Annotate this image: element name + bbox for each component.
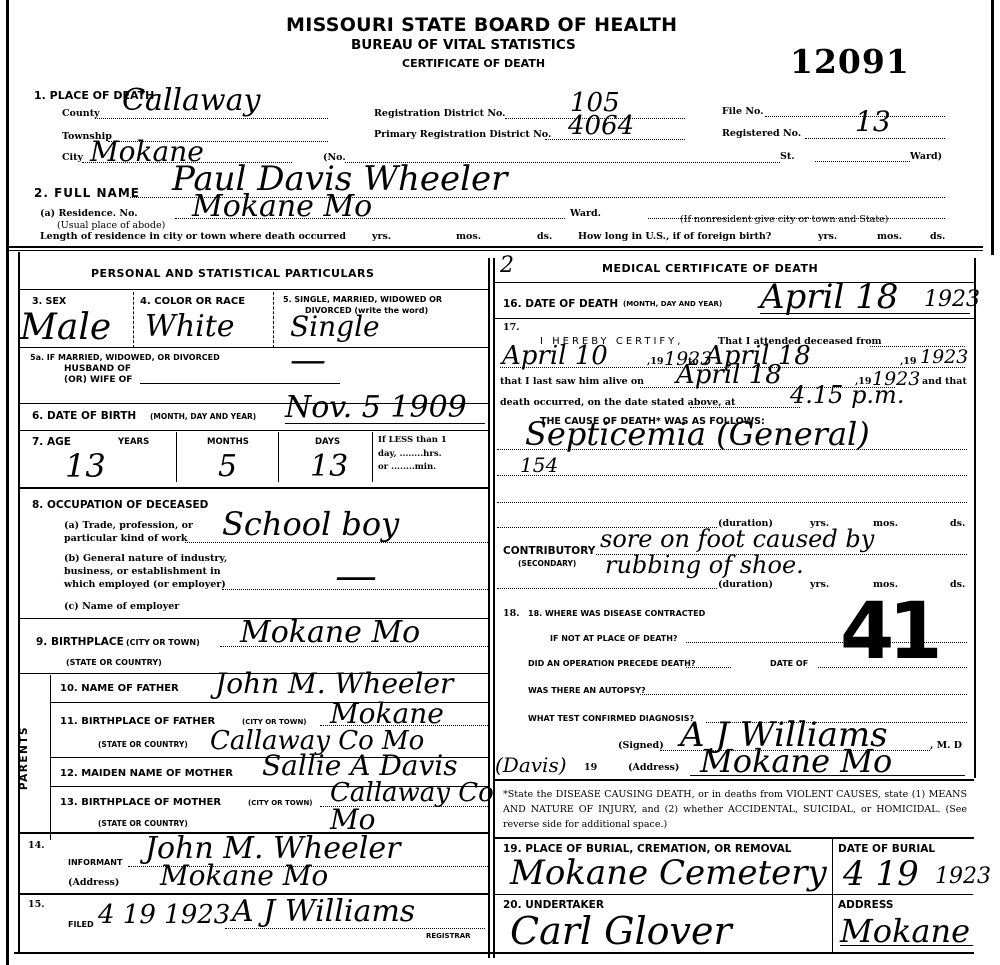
header-divider-2 — [8, 250, 983, 251]
date-of-death-label: 16. DATE OF DEATH — [503, 298, 618, 310]
filed-label: FILED — [68, 920, 94, 929]
full-name-label: 2. FULL NAME — [34, 186, 140, 200]
less-than-label-2: day, ........hrs. — [378, 449, 442, 459]
years-label: YEARS — [118, 437, 149, 447]
center-divider-right — [493, 258, 495, 958]
file-no-label: File No. — [722, 106, 763, 117]
row-6-divider — [18, 430, 488, 431]
residence-label: (a) Residence. No. — [40, 208, 138, 219]
operation-date-label: DATE OF — [770, 659, 808, 668]
undertaker-address-label: ADDRESS — [838, 899, 893, 911]
outer-right-border — [991, 0, 994, 255]
dob-sublabel: (MONTH, DAY AND YEAR) — [150, 412, 256, 421]
personal-title-divider — [18, 289, 488, 290]
birthplace-state-label: (STATE OR COUNTRY) — [66, 658, 162, 667]
less-than-label-1: If LESS than 1 — [378, 435, 447, 445]
dob-value: Nov. 5 1909 — [285, 393, 467, 423]
signed-label: (Signed) — [618, 740, 664, 751]
burial-date-divider — [832, 838, 833, 952]
form-name: CERTIFICATE OF DEATH — [402, 57, 545, 70]
and-that-text: and that — [922, 376, 967, 387]
burial-date-value: 4 19 — [843, 857, 919, 891]
primary-registration-label: Primary Registration District No. — [374, 129, 551, 140]
race-value: White — [145, 312, 235, 342]
county-line — [95, 118, 328, 119]
months-label: MONTHS — [207, 437, 249, 447]
occupation-a-label-2: particular kind of work — [64, 533, 187, 544]
autopsy-label: WAS THERE AN AUTOPSY? — [528, 686, 646, 695]
contracted-number: 18. — [503, 608, 520, 619]
occupation-c-label: (c) Name of employer — [64, 601, 179, 612]
st-label: St. — [780, 151, 795, 162]
age-divider-3 — [372, 432, 373, 482]
autopsy-line — [640, 694, 967, 695]
foreign-yrs-label: yrs. — [818, 231, 837, 242]
contributory-label: CONTRIBUTORY — [503, 545, 595, 557]
mother-birthplace-label: 13. BIRTHPLACE OF MOTHER — [60, 797, 221, 808]
father-state-label: (STATE OR COUNTRY) — [98, 740, 188, 749]
duration-yrs-2: yrs. — [810, 579, 829, 590]
medical-title-divider — [495, 282, 974, 283]
row-7-divider — [18, 487, 488, 489]
registrar-value: A J Williams — [232, 897, 415, 927]
occupation-a-value: School boy — [222, 508, 399, 540]
death-time-line — [690, 407, 800, 408]
marital-label-1: 5. SINGLE, MARRIED, WIDOWED OR — [283, 295, 442, 304]
informant-address-value: Mokane Mo — [160, 862, 328, 890]
certificate-number: 12091 — [790, 42, 910, 81]
residence-yrs-label: yrs. — [372, 231, 391, 242]
foreign-birth-label: How long in U.S., if of foreign birth? — [578, 231, 771, 242]
age-divider-1 — [176, 432, 177, 482]
footnote-divider — [495, 837, 974, 839]
header-divider — [8, 246, 983, 248]
left-column-border — [18, 252, 20, 952]
foreign-ds-label: ds. — [930, 231, 945, 242]
date-of-death-year: 1923 — [924, 289, 980, 311]
informant-label: INFORMANT — [68, 858, 122, 867]
occupation-b-value: — — [335, 555, 377, 597]
row-3-divider — [18, 347, 488, 348]
ward-line — [815, 161, 910, 162]
registered-no-value: 13 — [855, 108, 891, 136]
last-saw-text: that I last saw him alive on — [500, 376, 644, 387]
registrar-number-stamp: 41 — [840, 593, 937, 671]
duration-line-2 — [497, 588, 717, 589]
birthplace-value: Mokane Mo — [240, 618, 420, 648]
attended-from-19: ,19 — [647, 356, 664, 367]
spouse-label-3: (OR) WIFE OF — [64, 375, 132, 385]
primary-registration-value: 4064 — [568, 113, 634, 139]
registration-district-label: Registration District No. — [374, 108, 505, 119]
md-label: , M. D — [930, 740, 962, 751]
filed-number: 15. — [28, 899, 45, 910]
cause-footnote: *State the DISEASE CAUSING DEATH, or in … — [503, 787, 967, 832]
father-name-value: John M. Wheeler — [215, 670, 453, 698]
residence-mos-label: mos. — [456, 231, 481, 242]
undertaker-address-line — [840, 945, 973, 946]
residence-ward-label: Ward. — [570, 208, 601, 219]
bottom-border — [14, 952, 974, 954]
cause-of-death-value: Septicemia (General) — [525, 418, 870, 450]
informant-number: 14. — [28, 840, 45, 851]
cause-code: 154 — [520, 455, 558, 475]
county-label: County — [62, 108, 100, 119]
occupation-b-label-2: business, or establishment in — [64, 566, 221, 577]
father-birthplace-value: Mokane — [330, 700, 444, 728]
filed-value: 4 19 1923 — [98, 902, 230, 928]
father-birthplace-label: 11. BIRTHPLACE OF FATHER — [60, 716, 215, 727]
mother-name-value: Sallie A Davis — [262, 752, 458, 780]
outer-left-border — [6, 0, 9, 965]
date-of-death-sublabel: (MONTH, DAY AND YEAR) — [623, 300, 722, 308]
mother-state-label: (STATE OR COUNTRY) — [98, 819, 188, 828]
dob-label: 6. DATE OF BIRTH — [32, 410, 136, 422]
test-label: WHAT TEST CONFIRMED DIAGNOSIS? — [528, 714, 694, 723]
parents-label: PARENTS — [18, 726, 30, 790]
registered-no-label: Registered No. — [722, 128, 801, 139]
row-19-divider — [495, 894, 973, 895]
mother-name-correction: (Davis) — [495, 755, 567, 775]
personal-section-title: PERSONAL AND STATISTICAL PARTICULARS — [91, 267, 374, 280]
days-value: 13 — [310, 452, 348, 482]
spouse-line — [140, 383, 340, 384]
registrar-label: REGISTRAR — [426, 932, 471, 940]
foreign-mos-label: mos. — [877, 231, 902, 242]
center-divider-left — [488, 258, 490, 958]
burial-date-year: 1923 — [935, 866, 991, 888]
attended-from-value: April 10 — [502, 343, 608, 369]
medical-section-title: MEDICAL CERTIFICATE OF DEATH — [602, 262, 818, 275]
cause-line-3 — [497, 502, 967, 503]
birthplace-label: 9. BIRTHPLACE — [36, 636, 124, 648]
attended-to-year: 1923 — [920, 348, 968, 367]
spouse-label-2: HUSBAND OF — [64, 364, 131, 374]
duration-ds: ds. — [950, 518, 965, 529]
contributory-value-1: sore on foot caused by — [600, 527, 874, 551]
form-title: MISSOURI STATE BOARD OF HEALTH — [286, 14, 677, 36]
race-marital-divider — [273, 292, 274, 348]
duration-ds-2: ds. — [950, 579, 965, 590]
residence-sublabel: (Usual place of abode) — [57, 220, 165, 231]
mother-birthplace-sublabel: (CITY OR TOWN) — [248, 799, 313, 807]
residence-ds-label: ds. — [537, 231, 552, 242]
less-than-label-3: or ........min. — [378, 462, 436, 472]
right-column-border — [974, 258, 976, 778]
attended-to-19: ,19 — [900, 356, 917, 367]
registered-no-line — [805, 138, 945, 139]
undertaker-value: Carl Glover — [510, 912, 732, 950]
months-value: 5 — [218, 452, 237, 482]
father-birthplace-sublabel: (CITY OR TOWN) — [242, 718, 307, 726]
signed-year-label: 19 — [584, 762, 597, 773]
contributory-value-2: rubbing of shoe. — [605, 553, 804, 577]
medical-mark: 2 — [500, 255, 514, 277]
age-divider-2 — [278, 432, 279, 482]
mother-state-value: Mo — [330, 806, 376, 834]
occupation-a-label-1: (a) Trade, profession, or — [64, 520, 193, 531]
last-saw-value: April 18 — [676, 362, 782, 388]
occupation-b-label-3: which employed (or employer) — [64, 579, 226, 590]
informant-address-label: (Address) — [68, 877, 119, 888]
length-of-residence-label: Length of residence in city or town wher… — [40, 231, 346, 242]
not-at-place-label: IF NOT AT PLACE OF DEATH? — [550, 634, 678, 643]
operation-label: DID AN OPERATION PRECEDE DEATH? — [528, 659, 695, 668]
date-of-death-value: April 18 — [760, 280, 898, 314]
marital-value: Single — [290, 313, 380, 341]
certify-number: 17. — [503, 322, 520, 333]
operation-line — [686, 667, 731, 668]
burial-place-value: Mokane Cemetery — [510, 856, 827, 890]
spouse-label-1: 5a. IF MARRIED, WIDOWED, OR DIVORCED — [30, 353, 220, 362]
row-16-divider — [495, 318, 974, 319]
sex-value: Male — [20, 310, 111, 346]
residence-value: Mokane Mo — [192, 192, 372, 222]
undertaker-address-value: Mokane — [840, 915, 970, 947]
occupation-label: 8. OCCUPATION OF DECEASED — [32, 499, 208, 511]
death-time-value: 4.15 p.m. — [790, 383, 904, 407]
sex-label: 3. SEX — [32, 296, 66, 307]
cause-line-2 — [497, 475, 967, 476]
duration-label-2: (duration) — [718, 579, 773, 590]
row-18-divider — [495, 779, 974, 781]
race-label: 4. COLOR OR RACE — [140, 296, 245, 307]
ward-close-label: Ward) — [910, 151, 942, 162]
days-label: DAYS — [315, 437, 340, 447]
contracted-label: 18. WHERE WAS DISEASE CONTRACTED — [528, 609, 705, 618]
mother-name-label: 12. MAIDEN NAME OF MOTHER — [60, 768, 233, 779]
birthplace-sublabel: (CITY OR TOWN) — [126, 638, 200, 647]
physician-address-value: Mokane Mo — [700, 745, 892, 777]
father-name-label: 10. NAME OF FATHER — [60, 683, 179, 694]
secondary-label: (SECONDARY) — [518, 559, 576, 568]
nonresident-note: (If nonresident give city or town and St… — [680, 214, 889, 225]
sex-race-divider — [133, 292, 134, 348]
spouse-value: — — [290, 343, 326, 379]
years-value: 13 — [65, 450, 106, 482]
occupation-b-label-1: (b) General nature of industry, — [64, 553, 227, 564]
city-label: City — [62, 152, 83, 163]
county-value: Callaway — [122, 86, 260, 116]
physician-address-label: (Address) — [628, 762, 679, 773]
form-subtitle: BUREAU OF VITAL STATISTICS — [351, 37, 576, 53]
duration-mos: mos. — [873, 518, 898, 529]
